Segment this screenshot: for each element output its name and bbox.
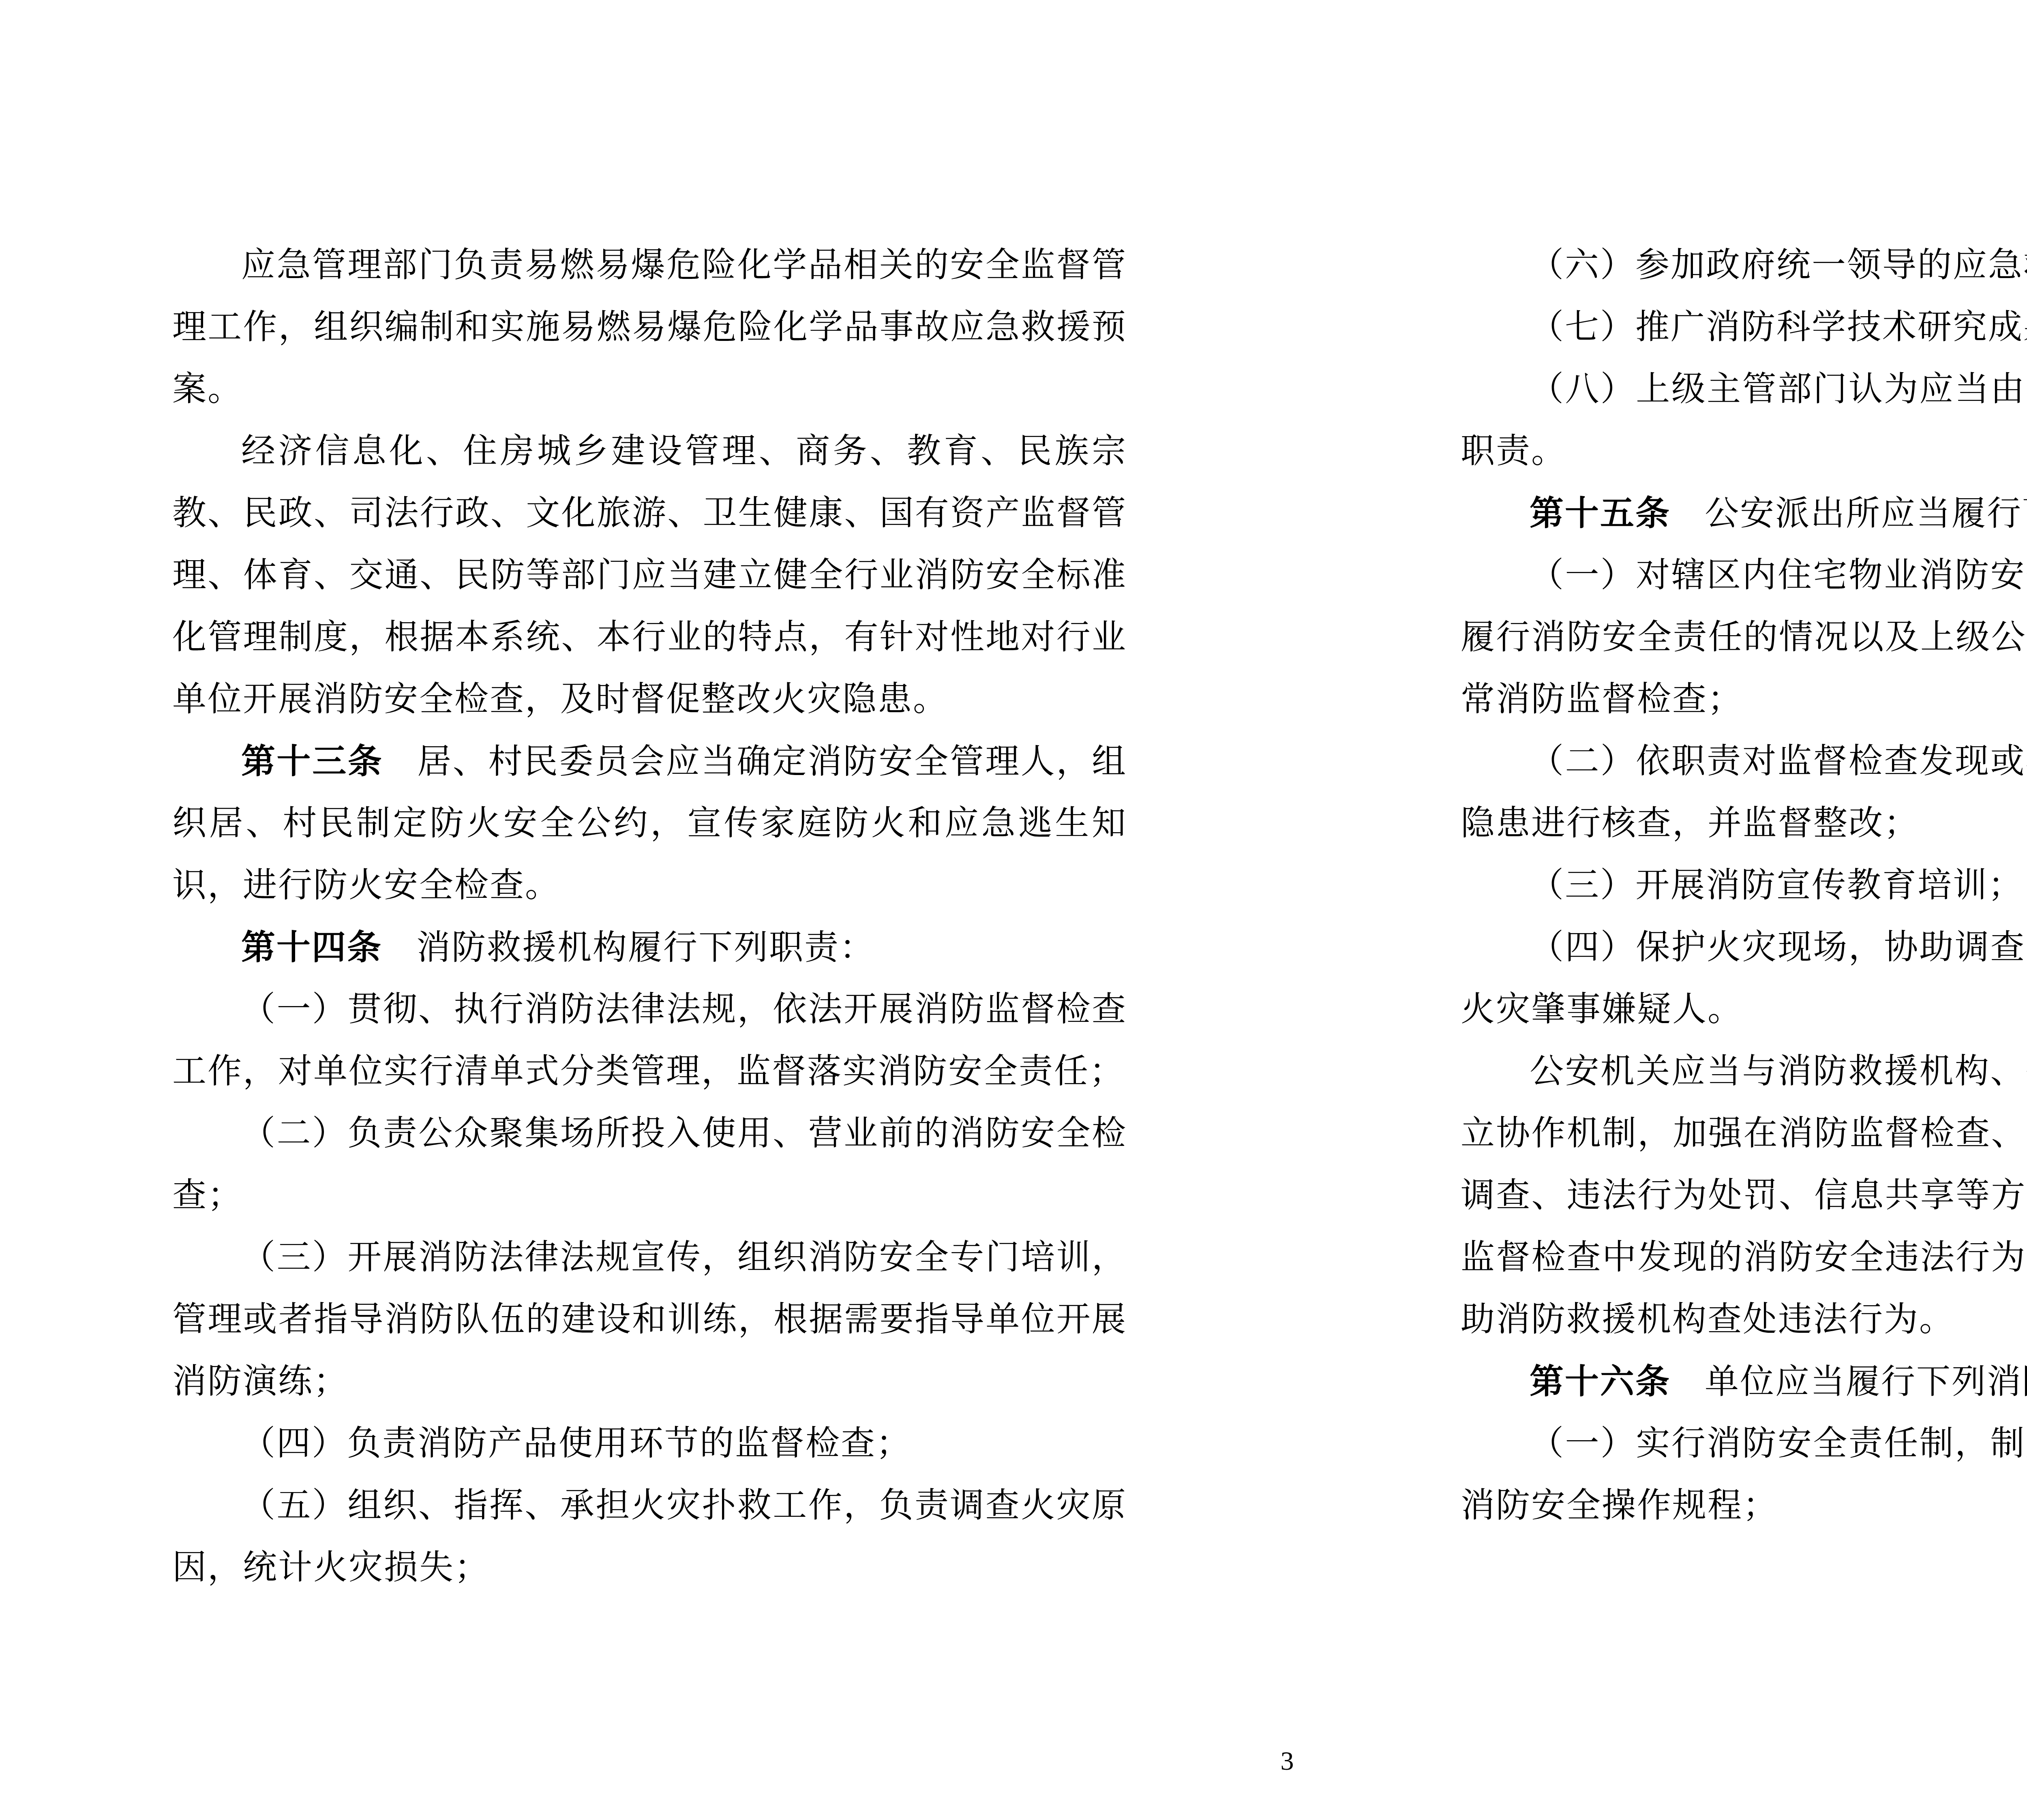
paragraph-line: 第十三条居、村民委员会应当确定消防安全管理人，组: [172, 730, 1126, 792]
paragraph-line: 经济信息化、住房城乡建设管理、商务、教育、民族宗: [172, 420, 1126, 482]
article-text: 居、村民委员会应当确定消防安全管理人，组: [417, 741, 1126, 781]
paragraph-line: （二）负责公众聚集场所投入使用、营业前的消防安全检: [172, 1102, 1126, 1164]
paragraph-line: 履行消防安全责任的情况以及上级公安机关确定的单位实施日: [1461, 606, 2027, 668]
paragraph-line: 工作，对单位实行清单式分类管理，监督落实消防安全责任；: [172, 1040, 1126, 1102]
article-text: 消防救援机构履行下列职责：: [416, 927, 875, 967]
paragraph-line: 消防安全操作规程；: [1461, 1474, 2027, 1536]
paragraph-line: 消防演练；: [172, 1350, 1126, 1412]
paragraph-line: 案。: [172, 358, 1126, 420]
list-item: （三）开展消防法律法规宣传，组织消防安全专门培训， 管理或者指导消防队伍的建设和…: [172, 1226, 1126, 1412]
list-item: （四）负责消防产品使用环节的监督检查；: [172, 1412, 1126, 1474]
document-page: 应急管理部门负责易燃易爆危险化学品相关的安全监督管 理工作，组织编制和实施易燃易…: [0, 0, 2027, 1820]
paragraph-line: 管理或者指导消防队伍的建设和训练，根据需要指导单位开展: [172, 1288, 1126, 1350]
list-item: （四）保护火灾现场，协助调查火灾事故原因，依法控制 火灾肇事嫌疑人。: [1461, 916, 2027, 1040]
right-column: （六）参加政府统一领导的应急救援工作； （七）推广消防科学技术研究成果； （八）…: [1461, 234, 2027, 1536]
paragraph-line: （一）对辖区内住宅物业消防安全管理和居、村民委员会: [1461, 544, 2027, 606]
list-item: （一）对辖区内住宅物业消防安全管理和居、村民委员会 履行消防安全责任的情况以及上…: [1461, 544, 2027, 730]
paragraph-line: 隐患进行核查，并监督整改；: [1461, 792, 2027, 854]
list-item: （一）实行消防安全责任制，制定并落实消防安全制度、 消防安全操作规程；: [1461, 1412, 2027, 1536]
paragraph-line: （六）参加政府统一领导的应急救援工作；: [1461, 234, 2027, 296]
paragraph: 经济信息化、住房城乡建设管理、商务、教育、民族宗 教、民政、司法行政、文化旅游、…: [172, 420, 1126, 730]
article-title: 第十六条: [1530, 1361, 1671, 1401]
list-item: （六）参加政府统一领导的应急救援工作；: [1461, 234, 2027, 296]
paragraph-line: 因，统计火灾损失；: [172, 1536, 1126, 1598]
list-item: （二）负责公众聚集场所投入使用、营业前的消防安全检 查；: [172, 1102, 1126, 1226]
paragraph-line: （二）依职责对监督检查发现或者群众举报、投诉的火灾: [1461, 730, 2027, 792]
paragraph-line: （一）实行消防安全责任制，制定并落实消防安全制度、: [1461, 1412, 2027, 1474]
paragraph-line: （五）组织、指挥、承担火灾扑救工作，负责调查火灾原: [172, 1474, 1126, 1536]
paragraph-line: （一）贯彻、执行消防法律法规，依法开展消防监督检查: [172, 978, 1126, 1040]
page-number: 3: [1257, 1743, 1318, 1779]
list-item: （二）依职责对监督检查发现或者群众举报、投诉的火灾 隐患进行核查，并监督整改；: [1461, 730, 2027, 854]
article-13: 第十三条居、村民委员会应当确定消防安全管理人，组 织居、村民制定防火安全公约，宣…: [172, 730, 1126, 916]
paragraph-line: （四）负责消防产品使用环节的监督检查；: [172, 1412, 1126, 1474]
list-item: （五）组织、指挥、承担火灾扑救工作，负责调查火灾原 因，统计火灾损失；: [172, 1474, 1126, 1598]
article-title: 第十五条: [1530, 493, 1671, 533]
paragraph-line: 常消防监督检查；: [1461, 668, 2027, 730]
list-item: （三）开展消防宣传教育培训；: [1461, 854, 2027, 916]
article-14: 第十四条消防救援机构履行下列职责：: [172, 916, 1126, 978]
paragraph-line: 公安机关应当与消防救援机构、住房城乡建设管理部门建: [1461, 1040, 2027, 1102]
paragraph-line: 职责。: [1461, 420, 2027, 482]
paragraph-line: （三）开展消防宣传教育培训；: [1461, 854, 2027, 916]
article-title: 第十三条: [241, 741, 383, 781]
paragraph-line: （七）推广消防科学技术研究成果；: [1461, 296, 2027, 358]
paragraph-line: 监督检查中发现的消防安全违法行为开展调查取证等工作，协: [1461, 1226, 2027, 1288]
paragraph-line: （八）上级主管部门认为应当由消防救援机构履行的其他: [1461, 358, 2027, 420]
paragraph: 公安机关应当与消防救援机构、住房城乡建设管理部门建 立协作机制，加强在消防监督检…: [1461, 1040, 2027, 1350]
list-item: （一）贯彻、执行消防法律法规，依法开展消防监督检查 工作，对单位实行清单式分类管…: [172, 978, 1126, 1102]
left-column: 应急管理部门负责易燃易爆危险化学品相关的安全监督管 理工作，组织编制和实施易燃易…: [172, 234, 1126, 1598]
paragraph-line: 应急管理部门负责易燃易爆危险化学品相关的安全监督管: [172, 234, 1126, 296]
paragraph-line: 第十四条消防救援机构履行下列职责：: [172, 916, 1126, 978]
paragraph-line: 查；: [172, 1164, 1126, 1226]
paragraph-line: （四）保护火灾现场，协助调查火灾事故原因，依法控制: [1461, 916, 2027, 978]
paragraph-line: 第十五条公安派出所应当履行下列消防工作职责：: [1461, 482, 2027, 544]
paragraph-line: 调查、违法行为处罚、信息共享等方面的协作；公安派出所对: [1461, 1164, 2027, 1226]
list-item: （七）推广消防科学技术研究成果；: [1461, 296, 2027, 358]
paragraph-line: 第十六条单位应当履行下列消防安全责任：: [1461, 1350, 2027, 1412]
paragraph-line: 识，进行防火安全检查。: [172, 854, 1126, 916]
paragraph-line: 教、民政、司法行政、文化旅游、卫生健康、国有资产监督管: [172, 482, 1126, 544]
article-15: 第十五条公安派出所应当履行下列消防工作职责：: [1461, 482, 2027, 544]
paragraph-line: 织居、村民制定防火安全公约，宣传家庭防火和应急逃生知: [172, 792, 1126, 854]
article-text: 单位应当履行下列消防安全责任：: [1705, 1362, 2027, 1401]
article-title: 第十四条: [241, 927, 382, 967]
article-text: 公安派出所应当履行下列消防工作职责：: [1705, 493, 2027, 533]
paragraph-line: 理、体育、交通、民防等部门应当建立健全行业消防安全标准: [172, 544, 1126, 606]
paragraph-line: 火灾肇事嫌疑人。: [1461, 978, 2027, 1040]
paragraph-line: 化管理制度，根据本系统、本行业的特点，有针对性地对行业: [172, 606, 1126, 668]
paragraph: 应急管理部门负责易燃易爆危险化学品相关的安全监督管 理工作，组织编制和实施易燃易…: [172, 234, 1126, 420]
paragraph-line: 单位开展消防安全检查，及时督促整改火灾隐患。: [172, 668, 1126, 730]
list-item: （八）上级主管部门认为应当由消防救援机构履行的其他 职责。: [1461, 358, 2027, 482]
article-16: 第十六条单位应当履行下列消防安全责任：: [1461, 1350, 2027, 1412]
paragraph-line: 助消防救援机构查处违法行为。: [1461, 1288, 2027, 1350]
paragraph-line: （三）开展消防法律法规宣传，组织消防安全专门培训，: [172, 1226, 1126, 1288]
paragraph-line: 立协作机制，加强在消防监督检查、火灾隐患核查、火灾事故: [1461, 1102, 2027, 1164]
paragraph-line: 理工作，组织编制和实施易燃易爆危险化学品事故应急救援预: [172, 296, 1126, 358]
